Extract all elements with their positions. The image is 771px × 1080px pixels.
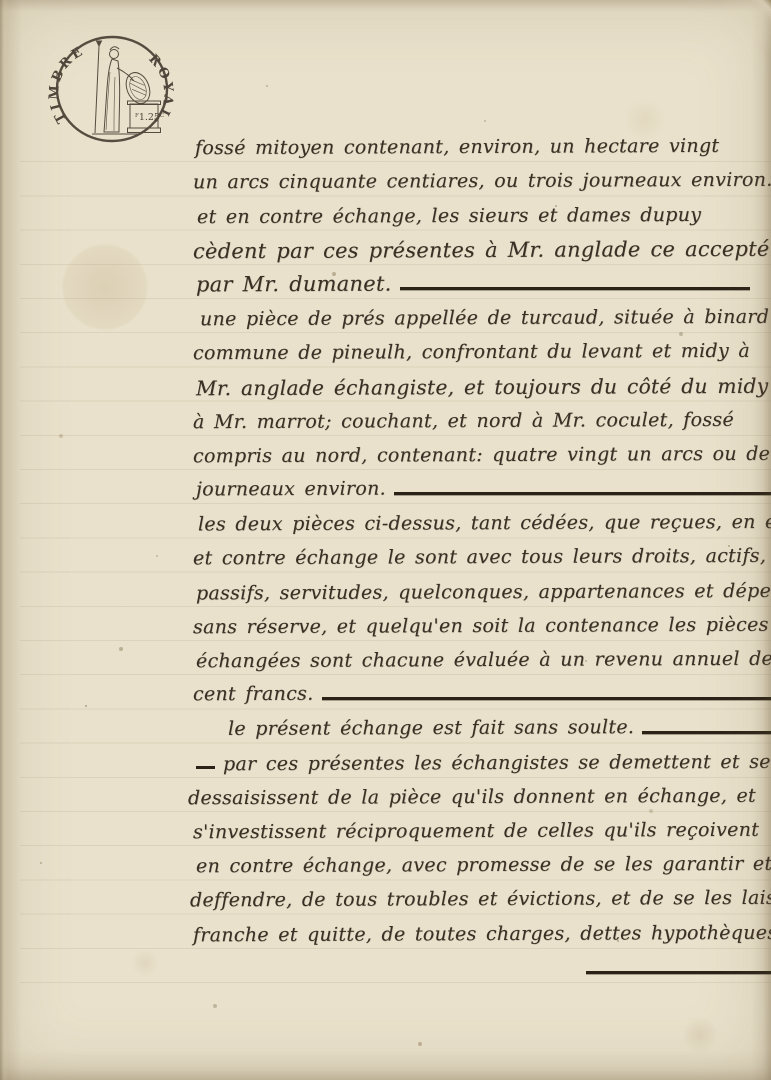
manuscript-line-text: compris au nord, contenant: quatre vingt…: [193, 439, 771, 472]
manuscript-line-text: journeaux environ.: [196, 474, 386, 505]
manuscript-line-text: cent francs.: [193, 679, 314, 710]
manuscript-line: [0, 949, 771, 983]
manuscript-line-text: commune de pineulh, confrontant du levan…: [193, 336, 750, 368]
manuscript-line-text: Mr. anglade échangiste, et toujours du c…: [196, 370, 769, 402]
manuscript-line-text: fossé mitoyen contenant, environ, un hec…: [195, 131, 719, 163]
manuscript-line: Mr. anglade échangiste, et toujours du c…: [0, 367, 771, 401]
manuscript-line: les deux pièces ci-dessus, tant cédées, …: [0, 504, 771, 538]
manuscript-line-text: deffendre, de tous troubles et évictions…: [190, 883, 771, 916]
stamp-left-label: TIMBRE: [48, 43, 88, 125]
manuscript-line: un arcs cinquante centiares, ou trois jo…: [0, 162, 771, 196]
manuscript-line-text: en contre échange, avec promesse de se l…: [196, 849, 771, 882]
manuscript-line: cent francs.: [0, 675, 771, 709]
manuscript-line-text: passifs, servitudes, quelconques, appart…: [196, 575, 771, 608]
stamp-value: F1.25C: [135, 112, 164, 123]
manuscript-line-text: un arcs cinquante centiares, ou trois jo…: [193, 165, 771, 198]
manuscript-line-text: franche et quitte, de toutes charges, de…: [193, 917, 771, 950]
manuscript-line-text: par ces présentes les échangistes se dem…: [223, 746, 771, 778]
ink-rule: [400, 287, 750, 290]
manuscript-line: dessaisissent de la pièce qu'ils donnent…: [0, 778, 771, 812]
manuscript-line: et contre échange le sont avec tous leur…: [0, 538, 771, 572]
manuscript-line-text: s'investissent réciproquement de celles …: [193, 815, 759, 847]
manuscript-line: en contre échange, avec promesse de se l…: [0, 846, 771, 880]
manuscript-line: échangées sont chacune évaluée à un reve…: [0, 641, 771, 675]
ink-rule: [322, 697, 771, 700]
ink-rule: [394, 492, 771, 495]
paper-texture: [0, 0, 2, 2]
ink-rule: [586, 971, 771, 974]
manuscript-line: passifs, servitudes, quelconques, appart…: [0, 572, 771, 606]
manuscript-line: une pièce de prés appellée de turcaud, s…: [0, 299, 771, 333]
ink-rule: [642, 731, 771, 734]
manuscript-line: à Mr. marrot; couchant, et nord à Mr. co…: [0, 402, 771, 436]
manuscript-line: s'investissent réciproquement de celles …: [0, 812, 771, 846]
manuscript-line: et en contre échange, les sieurs et dame…: [0, 196, 771, 230]
manuscript-line: fossé mitoyen contenant, environ, un hec…: [0, 128, 771, 162]
manuscript-line-text: échangées sont chacune évaluée à un reve…: [196, 644, 771, 677]
manuscript-line-text: les deux pièces ci-dessus, tant cédées, …: [198, 507, 771, 540]
manuscript-line: commune de pineulh, confrontant du levan…: [0, 333, 771, 367]
manuscript-line-text: dessaisissent de la pièce qu'ils donnent…: [188, 781, 756, 813]
manuscript-line-text: cèdent par ces présentes à Mr. anglade c…: [193, 233, 770, 266]
page-corner-fold: [713, 0, 771, 58]
manuscript-line-text: et contre échange le sont avec tous leur…: [193, 541, 771, 574]
manuscript-line-text: à Mr. marrot; couchant, et nord à Mr. co…: [193, 405, 734, 437]
manuscript-line: cèdent par ces présentes à Mr. anglade c…: [0, 231, 771, 265]
manuscript-line-text: et en contre échange, les sieurs et dame…: [197, 199, 701, 231]
manuscript-line: par ces présentes les échangistes se dem…: [0, 743, 771, 777]
manuscript-line-text: une pièce de prés appellée de turcaud, s…: [200, 302, 769, 334]
manuscript-line-text: sans réserve, et quelqu'en soit la conte…: [193, 610, 769, 643]
manuscript-line: le présent échange est fait sans soulte.: [0, 709, 771, 743]
manuscript-line: sans réserve, et quelqu'en soit la conte…: [0, 607, 771, 641]
manuscript-line: deffendre, de tous troubles et évictions…: [0, 880, 771, 914]
manuscript-page: TIMBRE ROYAL. F1.25C: [0, 0, 771, 1080]
manuscript-line-text: par Mr. dumanet.: [196, 269, 392, 300]
manuscript-line: compris au nord, contenant: quatre vingt…: [0, 436, 771, 470]
manuscript-text-block: fossé mitoyen contenant, environ, un hec…: [0, 128, 771, 988]
ink-dash: [196, 766, 215, 769]
manuscript-line-text: le présent échange est fait sans soulte.: [228, 712, 634, 744]
manuscript-line: franche et quitte, de toutes charges, de…: [0, 914, 771, 948]
manuscript-line: journeaux environ.: [0, 470, 771, 504]
manuscript-line: par Mr. dumanet.: [0, 265, 771, 299]
